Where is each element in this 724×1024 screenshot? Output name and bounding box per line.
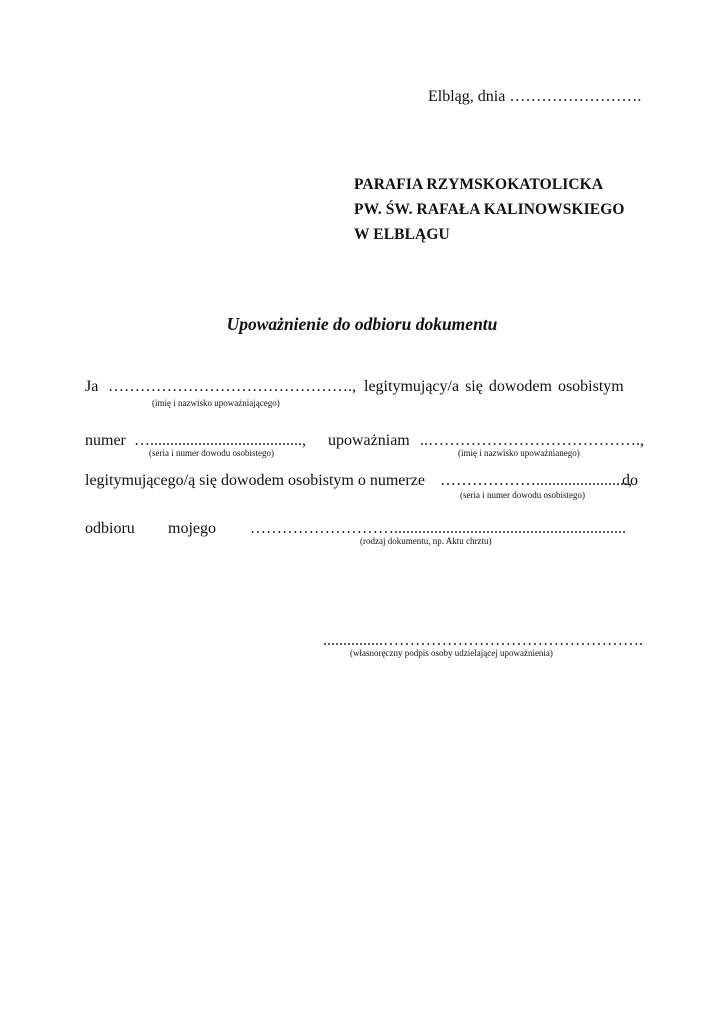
label-ja: Ja — [85, 378, 98, 396]
caption-authorizer-name: (imię i nazwisko upoważniającego) — [152, 398, 280, 408]
caption-signature: (własnoręczny podpis osoby udzielającej … — [350, 648, 553, 658]
place-date-line: Elbląg, dnia ……………………. — [428, 88, 641, 106]
label-numer: numer — [85, 432, 126, 450]
document-title-text: Upoważnienie do odbioru dokumentu — [227, 314, 498, 334]
text-legitymujacego: legitymującego/ą się dowodem osobistym o… — [85, 472, 425, 490]
caption-authorizer-id: (seria i numer dowodu osobistego) — [149, 448, 274, 458]
label-upowazniam: upoważniam — [328, 432, 410, 450]
document-title: Upoważnienie do odbioru dokumentu — [0, 314, 724, 335]
blank-authorized-id[interactable]: ………………......................., — [440, 472, 632, 490]
recipient-line-2: PW. ŚW. RAFAŁA KALINOWSKIEGO — [354, 201, 625, 219]
blank-authorizer-name[interactable]: ………………………………………., — [108, 378, 356, 396]
label-mojego: mojego — [168, 520, 216, 538]
label-odbioru: odbioru — [85, 520, 135, 538]
caption-authorized-name: (imię i nazwisko upoważnianego) — [458, 448, 580, 458]
recipient-line-1: PARAFIA RZYMSKOKATOLICKA — [354, 176, 603, 194]
text-legitymujacy: legitymujący/a się dowodem osobistym — [364, 378, 624, 396]
label-do: do — [622, 472, 638, 490]
caption-authorized-id: (seria i numer dowodu osobistego) — [460, 490, 585, 500]
recipient-line-3: W ELBLĄGU — [354, 226, 450, 244]
caption-document-type: (rodzaj dokumentu, np. Aktu chrztu) — [360, 536, 491, 546]
